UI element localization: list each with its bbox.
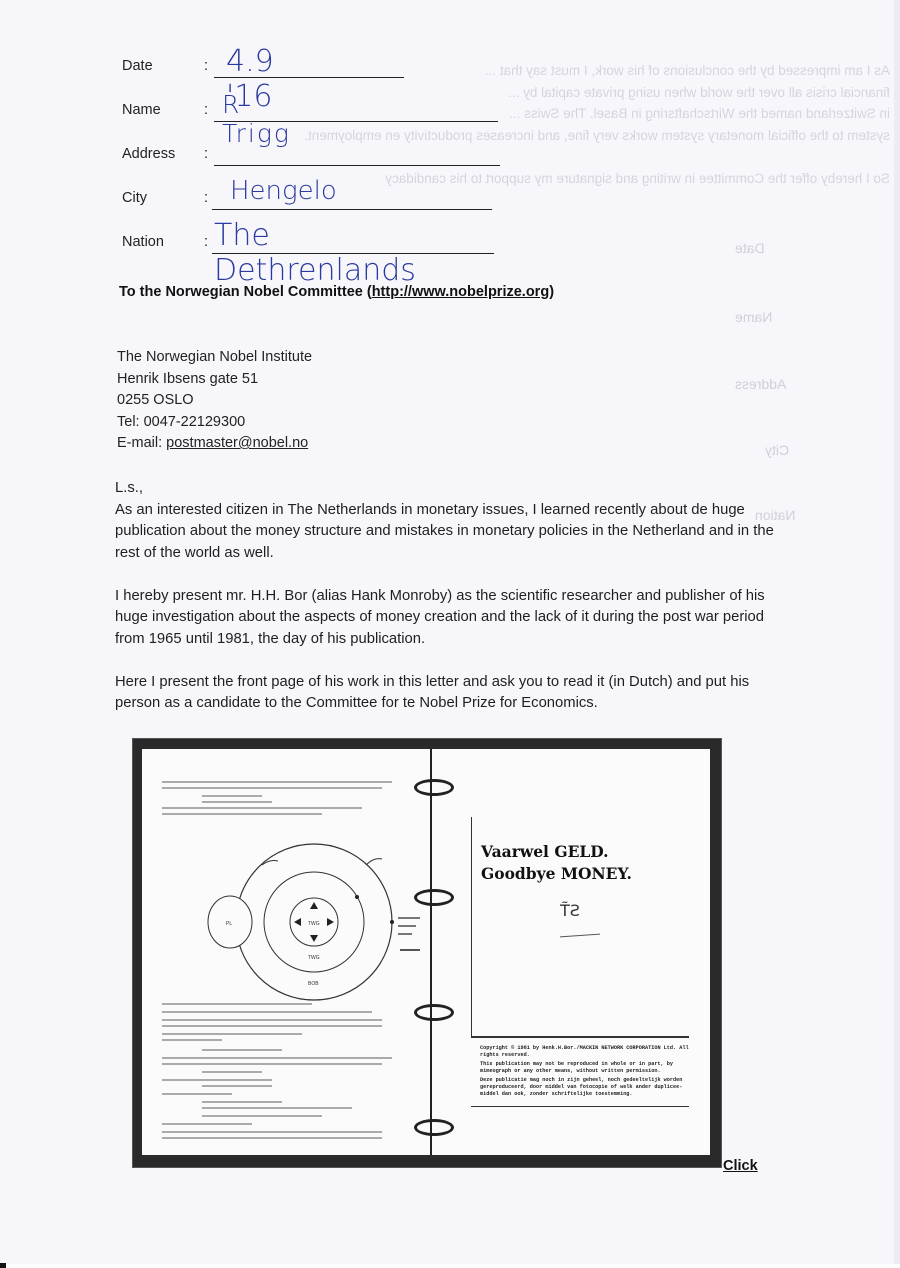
svg-text:TWG: TWG — [308, 921, 320, 927]
typed-text-line — [162, 1039, 222, 1041]
typed-text-line — [162, 1093, 232, 1095]
typed-text-line — [162, 1123, 252, 1125]
diagram-label: PL — [226, 921, 232, 927]
cover-rule — [471, 1036, 689, 1038]
binder-ring — [414, 779, 454, 796]
ghost-label: Date — [735, 238, 765, 260]
page-edge — [0, 1264, 900, 1268]
scan-mark — [0, 1263, 6, 1268]
author-signature: T̃Ƨ — [560, 901, 580, 920]
copyright-line: Deze publicatie mag noch in zijn geheel,… — [480, 1077, 690, 1097]
field-label: Date — [122, 58, 153, 74]
field-label: Name — [122, 102, 161, 118]
recipient-heading-text: To the Norwegian Nobel Committee ( — [119, 284, 372, 300]
recipient-heading-close: ) — [549, 284, 554, 300]
typed-text-line — [162, 1137, 382, 1139]
field-underline — [212, 209, 492, 210]
typed-text-line — [162, 1079, 272, 1081]
typed-text-line — [162, 781, 392, 783]
svg-text:TWG: TWG — [308, 955, 320, 961]
ghost-label: City — [765, 440, 789, 462]
recipient-heading: To the Norwegian Nobel Committee (http:/… — [119, 284, 554, 300]
address-email-row: E-mail: postmaster@nobel.no — [117, 433, 312, 455]
circle-diagram: PL TWG TWG BOB — [202, 837, 422, 1007]
click-link[interactable]: Click — [723, 1158, 758, 1174]
salutation: L.s., — [115, 478, 795, 500]
typed-text-line — [162, 1025, 382, 1027]
typed-text-line — [202, 1101, 282, 1103]
binder-ring — [414, 1004, 454, 1021]
field-colon: : — [204, 190, 208, 206]
typed-text-line — [162, 1063, 382, 1065]
copyright-line: This publication may not be reproduced i… — [480, 1061, 690, 1074]
handwritten-nation: The Dethrenlands — [214, 218, 416, 288]
email-label: E-mail: — [117, 435, 166, 451]
binder-ring — [414, 1119, 454, 1136]
field-colon: : — [204, 102, 208, 118]
typed-text-line — [162, 1057, 392, 1059]
typed-text-line — [162, 1011, 372, 1013]
nobelprize-link[interactable]: http://www.nobelprize.org — [372, 284, 549, 300]
typed-text-line — [162, 1131, 382, 1133]
cover-rule — [471, 817, 472, 1037]
book-title-dutch: Vaarwel GELD. — [481, 841, 632, 863]
ghost-label: Address — [735, 374, 786, 396]
letter-paragraph: As an interested citizen in The Netherla… — [115, 500, 795, 565]
signature-line — [560, 934, 600, 938]
binder-ring — [414, 889, 454, 906]
letter-paragraph: I hereby present mr. H.H. Bor (alias Han… — [115, 586, 795, 651]
field-label: City — [122, 190, 147, 206]
typed-text-line — [202, 1071, 262, 1073]
book-title: Vaarwel GELD. Goodbye MONEY. — [481, 841, 632, 885]
address-line: 0255 OSLO — [117, 390, 312, 412]
typed-text-line — [202, 795, 262, 797]
book-title-english: Goodbye MONEY. — [481, 863, 632, 885]
typed-text-line — [202, 1115, 322, 1117]
copyright-notice: Copyright © 1981 by Henk.H.Bor./MACKIN N… — [480, 1045, 690, 1100]
typed-text-line — [202, 1107, 352, 1109]
address-line: Tel: 0047-22129300 — [117, 412, 312, 434]
field-underline — [214, 165, 500, 166]
typed-text-line — [162, 787, 382, 789]
ghost-line: As I am impressed by the conclusions of … — [170, 60, 890, 82]
typed-text-line — [202, 1085, 272, 1087]
field-colon: : — [204, 234, 208, 250]
typed-text-line — [202, 1049, 282, 1051]
ghost-label: Name — [735, 307, 772, 329]
recipient-address: The Norwegian Nobel Institute Henrik Ibs… — [117, 347, 312, 455]
letter-body: L.s., As an interested citizen in The Ne… — [115, 478, 795, 736]
typed-text-line — [162, 807, 362, 809]
typed-text-line — [202, 801, 272, 803]
handwritten-name: R Trigg — [222, 90, 291, 148]
copyright-line: Copyright © 1981 by Henk.H.Bor./MACKIN N… — [480, 1045, 690, 1058]
binder-spine — [430, 749, 432, 1155]
typed-text-line — [162, 1033, 302, 1035]
svg-text:BOB: BOB — [308, 981, 319, 987]
field-colon: : — [204, 58, 208, 74]
email-link[interactable]: postmaster@nobel.no — [166, 435, 308, 451]
cover-rule — [471, 1106, 689, 1107]
field-label: Nation — [122, 234, 164, 250]
handwritten-city: Hengelo — [230, 176, 337, 206]
address-line: Henrik Ibsens gate 51 — [117, 369, 312, 391]
book-open-spread: PL TWG TWG BOB Vaarwel GELD. Goodbye MON… — [142, 749, 710, 1155]
letter-paragraph: Here I present the front page of his wor… — [115, 672, 795, 715]
letter-page: As I am impressed by the conclusions of … — [0, 0, 900, 1268]
address-line: The Norwegian Nobel Institute — [117, 347, 312, 369]
typed-text-line — [162, 813, 322, 815]
book-cover-image: PL TWG TWG BOB Vaarwel GELD. Goodbye MON… — [133, 739, 721, 1167]
field-colon: : — [204, 146, 208, 162]
typed-text-line — [162, 1019, 382, 1021]
page-edge — [894, 0, 900, 1268]
field-label: Address — [122, 146, 175, 162]
